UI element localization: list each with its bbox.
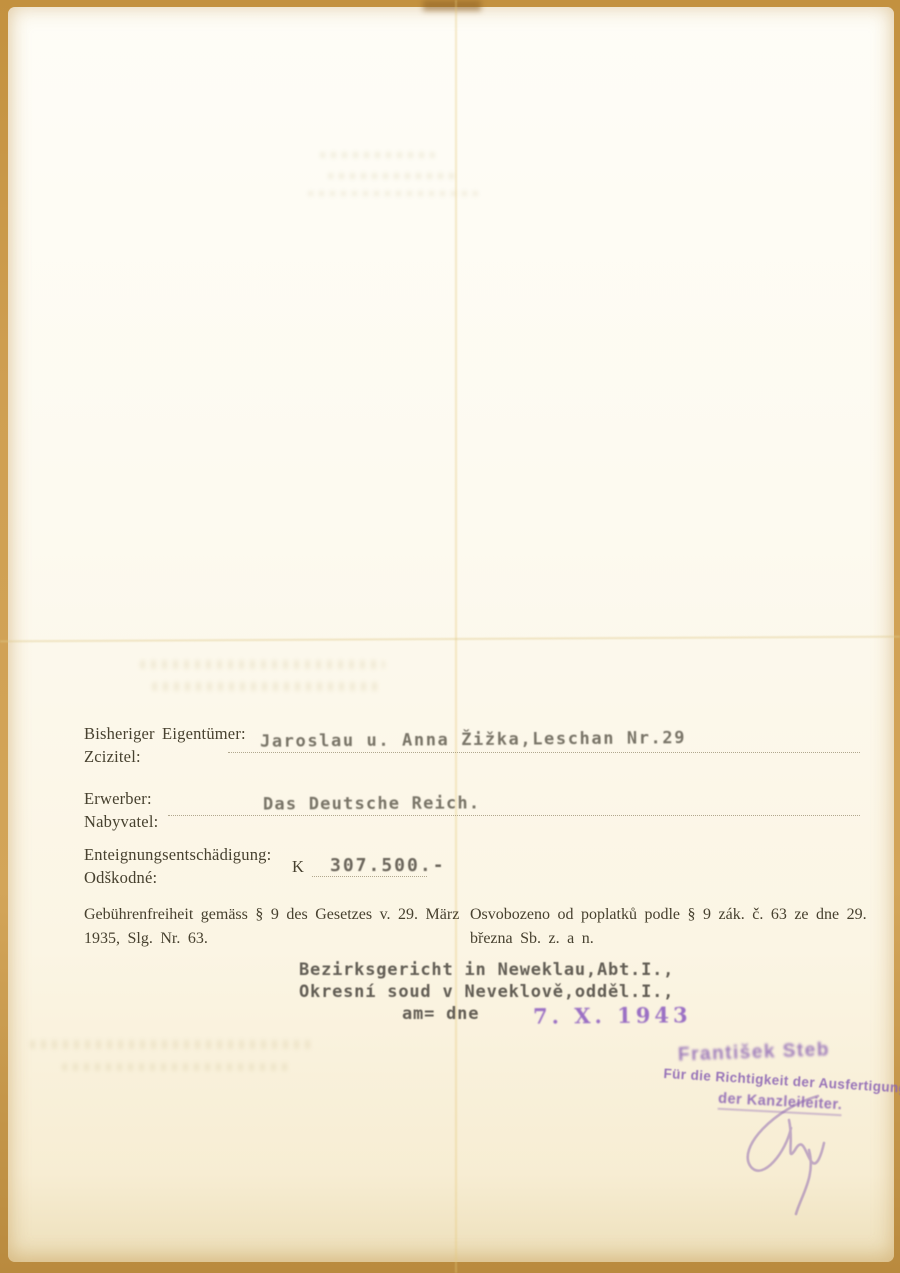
dotted-leader-line — [168, 815, 860, 816]
dotted-leader-line — [228, 752, 860, 753]
currency-symbol: K — [292, 857, 304, 877]
bleed-through-mark — [308, 191, 478, 196]
fold-edge-mark — [423, 0, 481, 11]
date-stamp: 7. X. 1943 — [533, 1002, 692, 1028]
bleed-through-mark — [320, 152, 435, 158]
dotted-leader-line — [312, 876, 427, 877]
court-stamp-date-prefix: am= dne — [402, 1004, 479, 1024]
typed-field-value: Jaroslau u. Anna Žižka,Leschan Nr.29 — [260, 728, 686, 752]
typed-field-value: Das Deutsche Reich. — [263, 793, 480, 814]
field-label-cz: Nabyvatel: — [84, 812, 158, 832]
bleed-through-mark — [140, 660, 385, 669]
field-label-cz: Odškodné: — [84, 868, 157, 888]
typed-amount-value: 307.500.- — [330, 855, 446, 876]
bleed-through-mark — [30, 1040, 315, 1049]
court-stamp-line-czech: Okresní soud v Neveklově,odděl.I., — [299, 982, 674, 1002]
field-label-de: Bisheriger Eigentümer: — [84, 724, 246, 744]
field-label-de: Erwerber: — [84, 789, 152, 809]
bleed-through-mark — [328, 173, 456, 179]
court-stamp-line-german: Bezirksgericht in Neweklau,Abt.I., — [299, 960, 674, 980]
exemption-clause-german: Gebührenfreiheit gemäss § 9 des Gesetzes… — [84, 903, 482, 951]
scanned-document: Bisheriger Eigentümer: Zcizitel: Jarosla… — [0, 0, 900, 1273]
field-label-cz: Zcizitel: — [84, 747, 141, 767]
bleed-through-mark — [62, 1063, 292, 1071]
exemption-clause-czech: Osvobozeno od poplatků podle § 9 zák. č.… — [470, 903, 880, 951]
bleed-through-mark — [152, 682, 380, 691]
field-label-de: Enteignungsentschädigung: — [84, 845, 271, 865]
